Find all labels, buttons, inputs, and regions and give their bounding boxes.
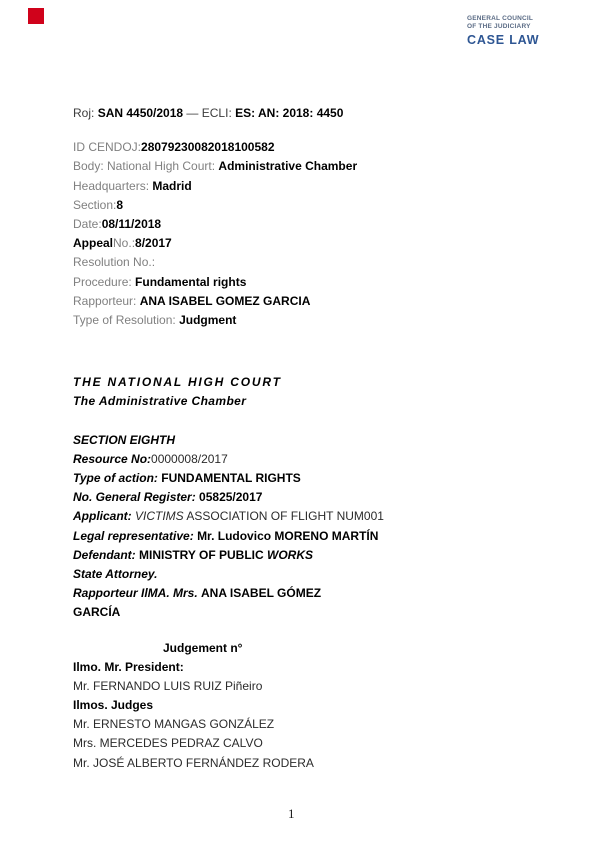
meta-type-of-resolution: Type of Resolution: Judgment	[73, 311, 503, 330]
logo-line-of-the-judiciary: OF THE JUDICIARY	[467, 23, 539, 31]
text-segment: SECTION EIGHTH	[73, 433, 175, 447]
document-body: Roj: SAN 4450/2018 — ECLI: ES: AN: 2018:…	[73, 104, 503, 773]
meta-appeal-no: AppealNo.:8/2017	[73, 234, 503, 253]
text-segment: The Administrative Chamber	[73, 394, 246, 408]
text-segment: Mr. FERNANDO LUIS RUIZ Piñeiro	[73, 679, 262, 693]
text-segment: ES: AN: 2018: 4450	[235, 106, 343, 120]
text-segment: Madrid	[152, 179, 191, 193]
text-segment: WORKS	[267, 548, 313, 562]
cgpj-emblem-red-square	[28, 8, 44, 24]
meta-procedure: Procedure: Fundamental rights	[73, 273, 503, 292]
text-segment: VICTIMS	[135, 509, 184, 523]
roj-ecli-line: Roj: SAN 4450/2018 — ECLI: ES: AN: 2018:…	[73, 104, 503, 123]
meta-resolution-no: Resolution No.:	[73, 253, 503, 272]
text-segment: Mr. JOSÉ ALBERTO FERNÁNDEZ RODERA	[73, 756, 314, 770]
text-segment: 08/11/2018	[102, 217, 161, 231]
text-segment: Legal representative:	[73, 529, 197, 543]
judgement-heading: Judgement n°	[73, 639, 503, 658]
metadata-block: ID CENDOJ:28079230082018100582 Body: Nat…	[73, 138, 503, 330]
text-segment: 8/2017	[135, 236, 172, 250]
text-segment: No.:	[113, 236, 135, 250]
text-segment: Type of action:	[73, 471, 161, 485]
logo-line-general-council: GENERAL COUNCIL	[467, 15, 539, 23]
page-number: 1	[288, 806, 308, 822]
resource-no: Resource No:0000008/2017	[73, 450, 503, 469]
type-of-action: Type of action: FUNDAMENTAL RIGHTS	[73, 469, 503, 488]
judge-name: Mrs. MERCEDES PEDRAZ CALVO	[73, 734, 503, 753]
text-segment: 05825/2017	[199, 490, 262, 504]
president-name: Mr. FERNANDO LUIS RUIZ Piñeiro	[73, 677, 503, 696]
text-segment: Resource No:	[73, 452, 151, 466]
text-segment: Rapporteur:	[73, 294, 140, 308]
text-segment: No. General Register:	[73, 490, 199, 504]
text-segment: GARCÍA	[73, 605, 120, 619]
judges-block: Judgement n° Ilmo. Mr. President: Mr. FE…	[73, 639, 503, 773]
text-segment: Date:	[73, 217, 102, 231]
text-segment: FUNDAMENTAL RIGHTS	[161, 471, 301, 485]
meta-section: Section:8	[73, 196, 503, 215]
rapporteur-line: Rapporteur IlMA. Mrs. ANA ISABEL GÓMEZ	[73, 584, 503, 603]
text-segment: Roj:	[73, 106, 98, 120]
text-segment: MINISTRY OF PUBLIC	[139, 548, 267, 562]
text-segment: Judgment	[179, 313, 236, 327]
rapporteur-line-2: GARCÍA	[73, 603, 503, 622]
text-segment: Type of Resolution:	[73, 313, 179, 327]
text-segment: Administrative Chamber	[218, 159, 357, 173]
president-label: Ilmo. Mr. President:	[73, 658, 503, 677]
text-segment: ID CENDOJ:	[73, 140, 141, 154]
text-segment: Fundamental rights	[135, 275, 246, 289]
state-attorney: State Attorney.	[73, 565, 503, 584]
text-segment: THE NATIONAL HIGH COURT	[73, 375, 282, 389]
case-law-logo: GENERAL COUNCIL OF THE JUDICIARY CASE LA…	[467, 15, 539, 47]
text-segment: Headquarters:	[73, 179, 152, 193]
meta-body: Body: National High Court: Administrativ…	[73, 157, 503, 176]
text-segment: State Attorney.	[73, 567, 157, 581]
general-register: No. General Register: 05825/2017	[73, 488, 503, 507]
logo-line-case-law: CASE LAW	[467, 33, 539, 47]
text-segment: Resolution No.:	[73, 255, 155, 269]
applicant: Applicant: VICTIMS ASSOCIATION OF FLIGHT…	[73, 507, 503, 526]
text-segment: Procedure:	[73, 275, 135, 289]
court-heading-block: THE NATIONAL HIGH COURT The Administrati…	[73, 373, 503, 622]
text-segment: Ilmos. Judges	[73, 698, 153, 712]
text-segment: Rapporteur IlMA. Mrs.	[73, 586, 201, 600]
defendant: Defendant: MINISTRY OF PUBLIC WORKS	[73, 546, 503, 565]
text-segment: Mr. Ludovico MORENO MARTÍN	[197, 529, 378, 543]
meta-rapporteur: Rapporteur: ANA ISABEL GOMEZ GARCIA	[73, 292, 503, 311]
text-segment: Appeal	[73, 236, 113, 250]
meta-date: Date:08/11/2018	[73, 215, 503, 234]
court-title: THE NATIONAL HIGH COURT	[73, 373, 503, 392]
judge-name: Mr. ERNESTO MANGAS GONZÁLEZ	[73, 715, 503, 734]
text-segment: — ECLI:	[183, 106, 235, 120]
text-segment: Mr. ERNESTO MANGAS GONZÁLEZ	[73, 717, 274, 731]
text-segment: ANA ISABEL GOMEZ GARCIA	[140, 294, 311, 308]
text-segment: ANA ISABEL GÓMEZ	[201, 586, 321, 600]
spacer	[73, 411, 503, 430]
text-segment: Body: National High Court:	[73, 159, 218, 173]
text-segment: 8	[116, 198, 123, 212]
text-segment: 28079230082018100582	[141, 140, 274, 154]
judge-name: Mr. JOSÉ ALBERTO FERNÁNDEZ RODERA	[73, 754, 503, 773]
judges-label: Ilmos. Judges	[73, 696, 503, 715]
text-segment: ASSOCIATION OF FLIGHT NUM001	[184, 509, 384, 523]
text-segment: 0000008/2017	[151, 452, 228, 466]
court-chamber: The Administrative Chamber	[73, 392, 503, 411]
legal-representative: Legal representative: Mr. Ludovico MOREN…	[73, 527, 503, 546]
meta-headquarters: Headquarters: Madrid	[73, 177, 503, 196]
document-page: GENERAL COUNCIL OF THE JUDICIARY CASE LA…	[0, 0, 595, 842]
text-segment: Judgement n°	[163, 641, 242, 655]
text-segment: Mrs. MERCEDES PEDRAZ CALVO	[73, 736, 263, 750]
meta-id-cendoj: ID CENDOJ:28079230082018100582	[73, 138, 503, 157]
text-segment: Ilmo. Mr. President:	[73, 660, 184, 674]
section-eighth: SECTION EIGHTH	[73, 431, 503, 450]
text-segment: Section:	[73, 198, 116, 212]
text-segment: Applicant:	[73, 509, 135, 523]
text-segment: Defendant:	[73, 548, 139, 562]
text-segment: SAN 4450/2018	[98, 106, 183, 120]
